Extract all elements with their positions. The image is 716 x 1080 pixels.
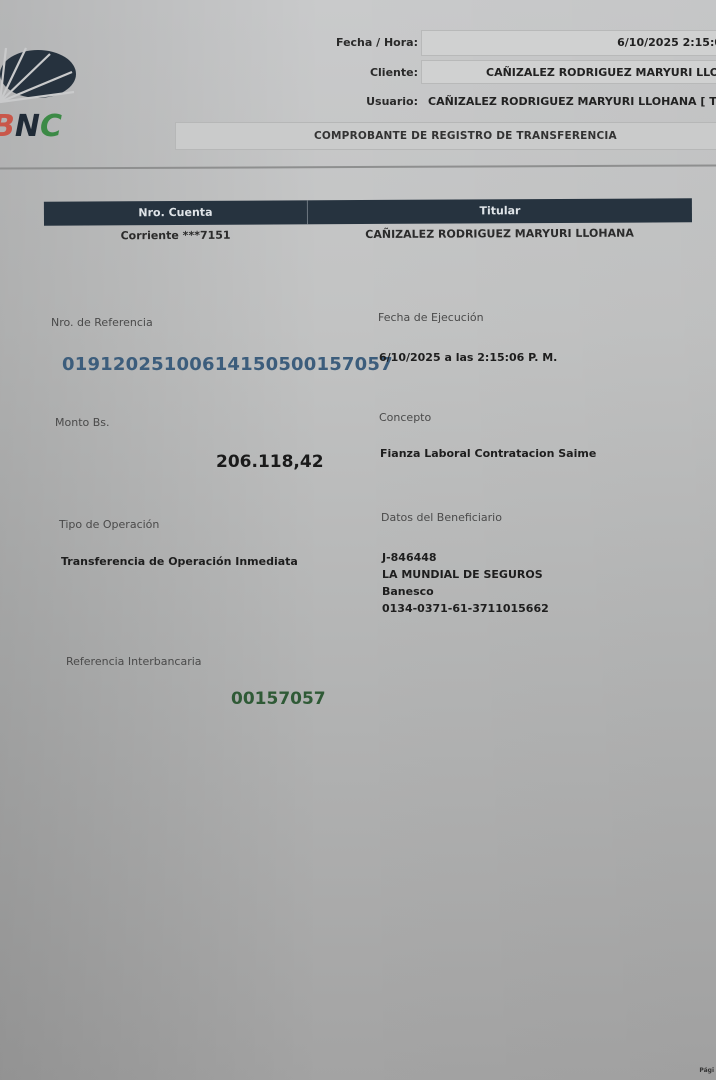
beneficiary-id: J-846448: [382, 549, 549, 566]
account-holder-cell: CAÑIZALEZ RODRIGUEZ MARYURI LLOHANA: [307, 222, 692, 246]
column-titular: Titular: [308, 198, 692, 224]
concept-value: Fianza Laboral Contratacion Saime: [380, 447, 596, 460]
bnc-logo: BNC: [0, 44, 86, 144]
cliente-value: CAÑIZALEZ RODRIGUEZ MARYURI LLO: [421, 60, 716, 84]
usuario-value: CAÑIZALEZ RODRIGUEZ MARYURI LLOHANA [ T: [421, 89, 716, 113]
operation-type-label: Tipo de Operación: [59, 518, 159, 531]
account-table-header: Nro. Cuenta Titular: [44, 198, 692, 225]
concept-label: Concepto: [379, 411, 431, 424]
column-nro-cuenta: Nro. Cuenta: [44, 200, 308, 225]
account-table: Nro. Cuenta Titular Corriente ***7151 CA…: [44, 198, 692, 247]
interbank-reference-label: Referencia Interbancaria: [66, 655, 202, 668]
page-marker: Pági: [699, 1067, 714, 1074]
beneficiary-details: J-846448 LA MUNDIAL DE SEGUROS Banesco 0…: [382, 549, 549, 617]
reference-value: 01912025100614150500157057: [62, 354, 393, 375]
interbank-reference-value: 00157057: [231, 689, 326, 709]
fecha-hora-value: 6/10/2025 2:15:0: [421, 30, 716, 56]
fecha-hora-label: Fecha / Hora:: [320, 36, 418, 49]
account-number-cell: Corriente ***7151: [44, 224, 307, 247]
beneficiary-account: 0134-0371-61-3711015662: [382, 600, 549, 617]
amount-label: Monto Bs.: [55, 416, 110, 429]
header-divider: [0, 164, 716, 169]
document-title: COMPROBANTE DE REGISTRO DE TRANSFERENCIA: [175, 122, 716, 150]
beneficiary-label: Datos del Beneficiario: [381, 511, 502, 524]
cliente-label: Cliente:: [320, 66, 418, 79]
table-row: Corriente ***7151 CAÑIZALEZ RODRIGUEZ MA…: [44, 222, 692, 247]
beneficiary-bank: Banesco: [382, 583, 549, 600]
execution-date-value: 6/10/2025 a las 2:15:06 P. M.: [379, 351, 557, 364]
sunburst-emblem-icon: [0, 48, 76, 102]
beneficiary-name: LA MUNDIAL DE SEGUROS: [382, 566, 549, 583]
reference-label: Nro. de Referencia: [51, 316, 153, 329]
amount-value: 206.118,42: [216, 452, 324, 472]
operation-type-value: Transferencia de Operación Inmediata: [61, 555, 298, 568]
execution-date-label: Fecha de Ejecución: [378, 311, 484, 324]
usuario-label: Usuario:: [320, 95, 418, 108]
document-title-text: COMPROBANTE DE REGISTRO DE TRANSFERENCIA: [314, 123, 617, 149]
paper-shading: [0, 0, 716, 1080]
svg-text:BNC: BNC: [0, 109, 62, 144]
